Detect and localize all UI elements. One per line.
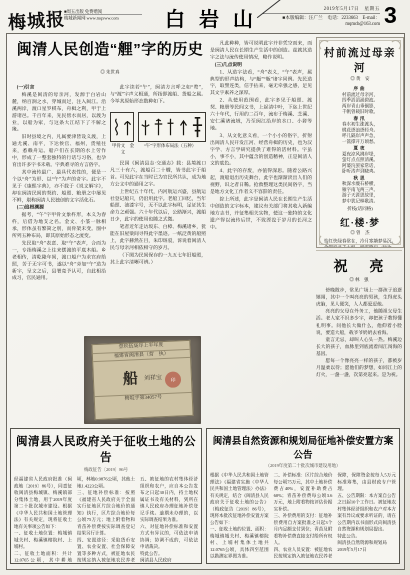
land-expropriation-notice: 闽清县人民政府关于征收土地的公告 梅政征告〔2019〕86号 经福建省人民政府批… [10, 428, 202, 564]
notice-title: 闽清县人民政府关于征收土地的公告 [14, 433, 198, 465]
essay-body: 傍晚散步，常见广场上一群孩子追逐嬉闹，其中一个叫亮亮的男孩，生得虎头虎脑，见人便… [316, 287, 402, 419]
paragraph: 综上所述，此字是闽清人民在长期生产生活中创造的文字标本，建议有关部门将其收入新编… [210, 196, 312, 231]
supplement-title: 白岩山 [142, 3, 280, 32]
paragraph: 愿每一个像亮亮一样的孩子，都被岁月温柔以待；愿他们的梦想，如同江上的灯火，一盏一… [316, 358, 402, 379]
essay-title: 祝 亮 [316, 256, 402, 276]
poem-line: 千帆曾载旧时歌。 [317, 109, 403, 115]
wu-form-icon-1 [141, 115, 150, 139]
figure-captions: 甲骨文 金文 “午”字形体布局法（五种） [110, 142, 206, 152]
wu-form-icon-2 [154, 115, 163, 139]
poem-line: 梦中犹记棹歌清。 [317, 198, 403, 204]
article-column-2-top: 此字读若“午”，闽清方言呼之如“鹜”，与“渡”字声义相通，所指即渡船、货船之属。… [110, 84, 206, 111]
figure-caption-left: 甲骨文 金文 [110, 142, 136, 155]
article-column-3: 凡此种种，皆可说明此字并非凭空而来，而是闽清人民在长期生产生活中的创造。兹就其造… [210, 40, 312, 422]
wu-form-icon-5 [192, 115, 203, 139]
notice-doc-number: 梅政征告〔2019〕86号 [14, 466, 198, 474]
branch-poem-title: 红·楼·梦 [317, 215, 403, 229]
paragraph: 童言无忌，却叫人心头一热。梅溪边长大的孩子，血脉里到底流着闯江闯海的基因。 [316, 336, 402, 357]
paragraph: 凡此种种，皆可说明此字并非凭空而来，而是闽清人民在长期生产生活中的创造。兹就其造… [210, 40, 312, 61]
paragraph: （下图为民间保存的一九五七年旧船照，其上此字清晰可辨。） [110, 252, 206, 266]
branch-label: 折枝(话同格) [317, 205, 403, 214]
logo-info-line1: ■周五出版 免费赠阅 [64, 9, 142, 15]
paper-logo: 梅城报 [7, 5, 66, 35]
paragraph: 民国《闽清县志·交通志》载：县境渡口凡三十有六，渡船百二十艘，皆书此字于船首。可… [110, 160, 206, 188]
paragraph: 1、从造字法看，“舟”表义，“午”表声，属典型的形声结构，与“艇”“舨”诸字同例… [210, 69, 312, 97]
wu-form-icon-3 [166, 115, 175, 139]
paragraph: 旧时县境之内，凡属要津皆设义渡，上通尤溪、南平，下达侯官、福州，货殖往来，悉赖舟… [12, 134, 106, 169]
poem-line: 怡红快绿春常在，冷月寒塘梦易沉。 [317, 238, 403, 244]
glyph-figure: 甲骨文 金文 “午”字形体布局法（五种） [110, 112, 206, 158]
essay-byline: ◎ 林 强 [316, 276, 402, 285]
editor-line: ■本版编辑：汪广兰 电话：2233663 E-mail：mqmcb@163.co… [262, 15, 380, 28]
newspaper-page: 梅城报 ■周五出版 免费赠阅 梅城新闻网 www.mqxww.com 白岩山 2… [0, 0, 410, 575]
figure-caption-right: “午”字形体布局法（五种） [136, 142, 204, 155]
poem-line: 一篙撑开万顷愁。 [317, 139, 403, 145]
paragraph: 其中流传最广、最具代表性的，便是一个以“舟”为形、以“午”为声的奇字。此字不见于… [12, 169, 106, 204]
paragraph: 此字读若“午”，闽清方言呼之如“鹜”，与“渡”字声义相通，所指即渡船、货船之属。… [110, 84, 206, 105]
dateline: 2019年5月17日 星期五 [262, 6, 380, 14]
license-holder-name: 刘祥宝 [144, 372, 162, 382]
section-head: (一)引言 [12, 84, 106, 91]
license-paper: 壹玖伍柒年上半年度 福建省闽清县（营 执） 船 刘祥宝 梅坂字第34057号 印 [91, 340, 193, 420]
bronze-glyph-icon [123, 115, 132, 139]
license-big-char: 船 [122, 367, 138, 389]
poem-title: 村前流过母亲河 [319, 45, 401, 75]
oracle-glyph-box [110, 112, 134, 142]
paragraph: 3、从文化意义看，一个小小的俗字，折射出闽清人民开发江河、经营舟楫的历史，也为汉… [210, 132, 312, 167]
paragraph: 先民取“舟”表意、取“午”表声，合而为一，专指梅溪之上往来摆渡的平底木船。乡老相… [12, 240, 106, 282]
oracle-glyph-icon [112, 115, 121, 139]
corner-flourish-icon [390, 40, 401, 51]
poetry-box: 村前流过母亲河 ◎ 黄 安 序曲 村前流过母亲河， 四季滔滔涌碧波。 两岸青山垂… [316, 37, 404, 248]
compensation-plan-notice: 闽清县自然资源和规划局征地补偿安置方案公告 （2019年度第二十批次城市建设用地… [206, 428, 400, 564]
page-number: 3 [384, 2, 397, 29]
boat-license-photo: 壹玖伍柒年上半年度 福建省闽清县（营 执） 船 刘祥宝 梅坂字第34057号 印 [84, 336, 201, 424]
branch-byline: ◎ 曾 杰 [317, 229, 403, 238]
corner-flourish-icon [319, 40, 330, 51]
section-head: (二)追根溯源 [12, 204, 106, 211]
notice-title: 闽清县自然资源和规划局征地补偿安置方案公告 [210, 433, 396, 461]
wu-forms-box [138, 112, 206, 142]
poem-stanzas: 序曲 村前流过母亲河， 四季滔滔涌碧波。 两岸青山垂倒影， 千帆曾载旧时歌。 春… [317, 84, 403, 205]
notice-subtitle: （2019年度第二十批次城市建设用地） [210, 462, 396, 470]
essay-box: 祝 亮 ◎ 林 强 傍晚散步，常见广场上一群孩子追逐嬉闹，其中一个叫亮亮的男孩，… [316, 250, 402, 423]
paragraph: 傍晚散步，常见广场上一群孩子追逐嬉闹，其中一个叫亮亮的男孩，生得虎头虎脑，见人便… [316, 287, 402, 308]
notice-body: 经福建省人民政府批准（闽政地〔2019〕86号），同意征收闽清县梅城镇、梅溪镇部… [14, 476, 198, 564]
paragraph: 据考，“午”字甲骨文象杵形，本义为舂杵，后借为地支之名。金文、小篆一脉相承，形体… [12, 212, 106, 240]
wu-form-icon-4 [179, 115, 188, 139]
poem-line: 卧听涛声到晓鸡。 [317, 169, 403, 175]
section-head: (三)几点说明 [210, 61, 312, 68]
main-headline: 闽清人民创造“艃”字的历史 [10, 41, 210, 58]
poem-byline: ◎ 黄 安 [317, 75, 403, 84]
logo-info-line2: 梅城新闻网 www.mqxww.com [64, 16, 142, 22]
branch-poem-lines: 怡红快绿春常在，冷月寒塘梦易沉。 金钏投井千古恨，晴雯撕扇一时欢。 葬花人去香丘… [317, 238, 403, 248]
paragraph: 亮亮的父母在外务工，他随祖父母生活。老人家不识多少字，却把孩子教得懂礼明事。问他… [316, 308, 402, 336]
paragraph: 梅溪是闽清的母亲河，发源于白岩山麓，纳百涧之水，穿城而过，注入闽江。沿溪两岸，渡… [12, 91, 106, 133]
main-article-byline: ◎ 朱世真 [10, 69, 210, 79]
notice-body: 根据《中华人民共和国土地管理法》《福建省实施〈中华人民共和国土地管理法〉办法》有… [210, 472, 396, 564]
paper-logo-info: ■周五出版 免费赠阅 梅城新闻网 www.mqxww.com [64, 9, 142, 27]
paragraph: 上世纪五十年代，内河航运兴盛，县航运社登记船只，仍沿用此字。老船工回忆，当年船照… [110, 188, 206, 223]
masthead-right-block: 2019年5月17日 星期五 ■本版编辑：汪广兰 电话：2233663 E-ma… [262, 6, 380, 28]
paragraph: 笔者近年走访坂东、白樟、梅溪诸乡，犹能在旧屋梁间寻得此字墨迹。一纸泛黄的船照上，… [110, 224, 206, 252]
paragraph: 2、从使用范围看，此字多见于船照、渡契、粮册等民间文书，上起清中叶，下迄上世纪六… [210, 97, 312, 132]
poem-line: 金钏投井千古恨，晴雯撕扇一时欢。 [317, 244, 403, 248]
paragraph: 4、此字的存废，亦值得深思。随着公路兴起，渡船退出历史舞台，此字也渐渐淡出人们的… [210, 168, 312, 196]
